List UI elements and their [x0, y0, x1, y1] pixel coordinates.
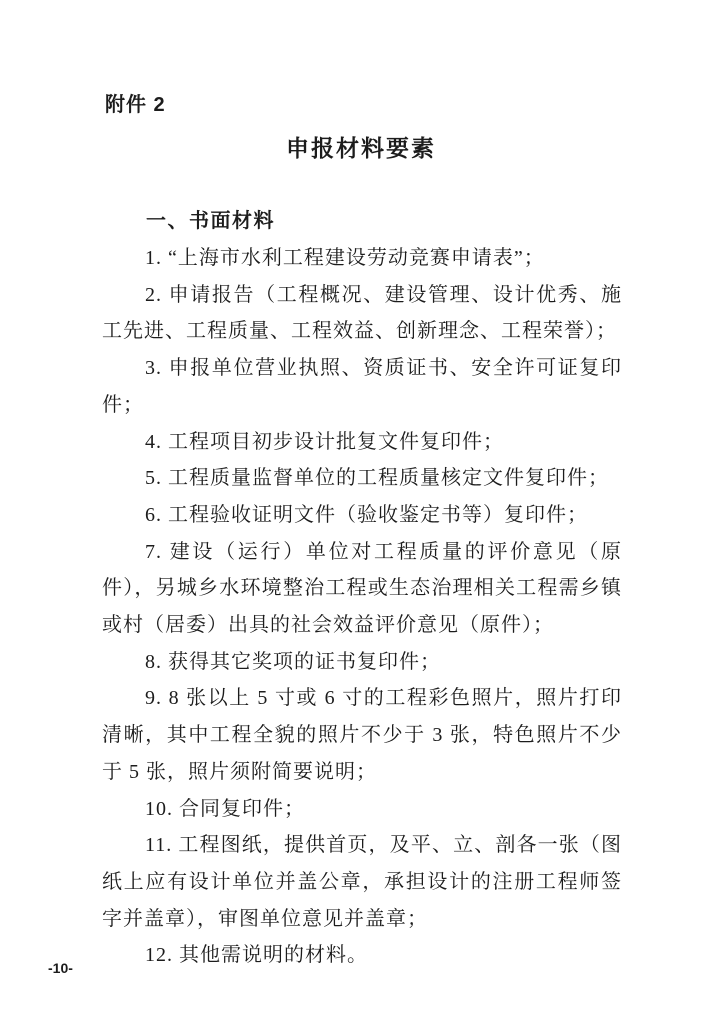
list-item-9: 9. 8 张以上 5 寸或 6 寸的工程彩色照片，照片打印清晰，其中工程全貌的照…	[102, 680, 622, 790]
list-item-2: 2. 申请报告（工程概况、建设管理、设计优秀、施工先进、工程质量、工程效益、创新…	[102, 277, 622, 350]
material-list: 1. “上海市水利工程建设劳动竞赛申请表”； 2. 申请报告（工程概况、建设管理…	[102, 240, 622, 974]
list-item-6: 6. 工程验收证明文件（验收鉴定书等）复印件；	[102, 497, 622, 534]
list-item-3: 3. 申报单位营业执照、资质证书、安全许可证复印件；	[102, 350, 622, 423]
list-item-12: 12. 其他需说明的材料。	[102, 937, 622, 974]
page-number: -10-	[48, 960, 73, 976]
list-item-5: 5. 工程质量监督单位的工程质量核定文件复印件；	[102, 460, 622, 497]
list-item-10: 10. 合同复印件；	[102, 791, 622, 828]
list-item-1: 1. “上海市水利工程建设劳动竞赛申请表”；	[102, 240, 622, 277]
list-item-8: 8. 获得其它奖项的证书复印件；	[102, 644, 622, 681]
list-item-11: 11. 工程图纸，提供首页，及平、立、剖各一张（图纸上应有设计单位并盖公章，承担…	[102, 827, 622, 937]
document-page: 附件 2 申报材料要素 一、书面材料 1. “上海市水利工程建设劳动竞赛申请表”…	[0, 0, 724, 1024]
page-title: 申报材料要素	[102, 130, 620, 163]
attachment-label: 附件 2	[105, 88, 166, 117]
list-item-4: 4. 工程项目初步设计批复文件复印件；	[102, 424, 622, 461]
section-heading: 一、书面材料	[146, 204, 275, 233]
list-item-7: 7. 建设（运行）单位对工程质量的评价意见（原件），另城乡水环境整治工程或生态治…	[102, 534, 622, 644]
